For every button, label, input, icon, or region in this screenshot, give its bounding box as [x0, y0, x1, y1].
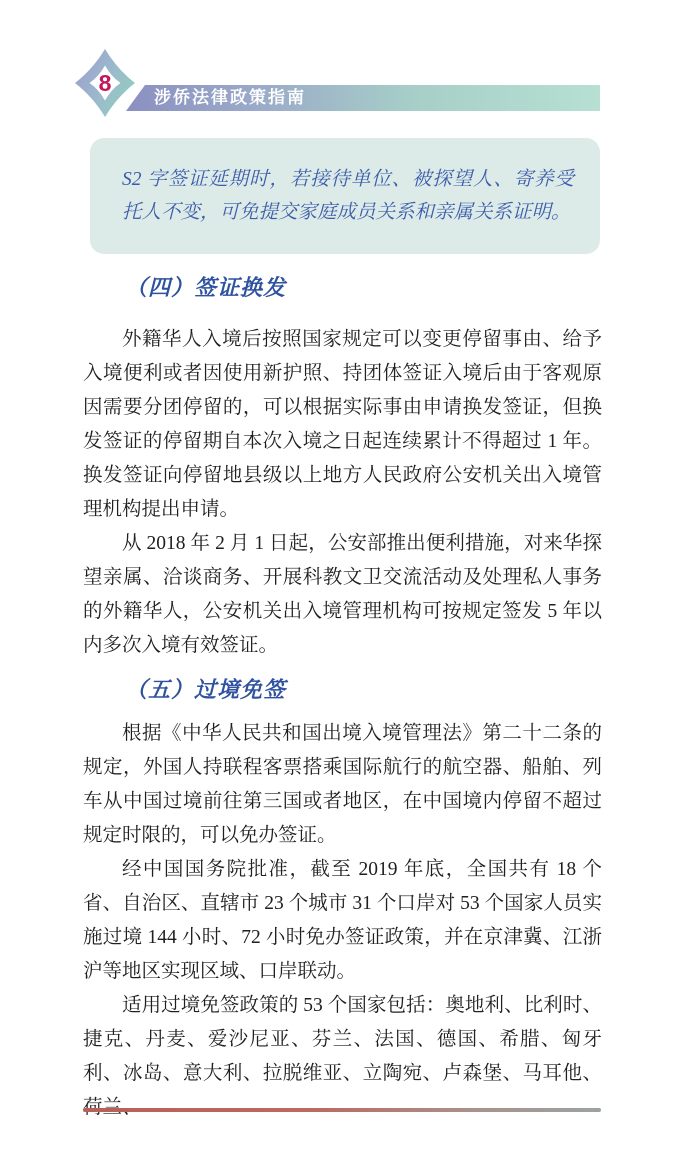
- callout-text: S2 字签证延期时，若接待单位、被探望人、寄养受托人不变，可免提交家庭成员关系和…: [122, 163, 574, 229]
- header-title-bar: 涉侨法律政策指南: [118, 85, 600, 111]
- page-number: 8: [99, 70, 112, 96]
- paragraph: 适用过境免签政策的 53 个国家包括：奥地利、比利时、捷克、丹麦、爱沙尼亚、芬兰…: [83, 989, 602, 1125]
- paragraph: 外籍华人入境后按照国家规定可以变更停留事由、给予入境便利或者因使用新护照、持团体…: [83, 323, 602, 527]
- page-number-badge: 8: [73, 47, 137, 119]
- paragraph: 根据《中华人民共和国出境入境管理法》第二十二条的规定，外国人持联程客票搭乘国际航…: [83, 717, 602, 853]
- header-title: 涉侨法律政策指南: [154, 85, 306, 111]
- callout-box: S2 字签证延期时，若接待单位、被探望人、寄养受托人不变，可免提交家庭成员关系和…: [90, 138, 600, 254]
- paragraph: 从 2018 年 2 月 1 日起，公安部推出便利措施，对来华探望亲属、洽谈商务…: [83, 527, 602, 663]
- paragraph: 经中国国务院批准，截至 2019 年底，全国共有 18 个省、自治区、直辖市 2…: [83, 853, 602, 989]
- document-page: 涉侨法律政策指南 8 S2 字签证延期时，若接待单位、被探望人、寄养受托人不变，…: [0, 0, 700, 1173]
- page-content: （四）签证换发 外籍华人入境后按照国家规定可以变更停留事由、给予入境便利或者因使…: [83, 273, 602, 1125]
- footer-divider: [83, 1108, 601, 1112]
- section-heading-4: （四）签证换发: [83, 273, 602, 303]
- section-heading-5: （五）过境免签: [83, 675, 602, 705]
